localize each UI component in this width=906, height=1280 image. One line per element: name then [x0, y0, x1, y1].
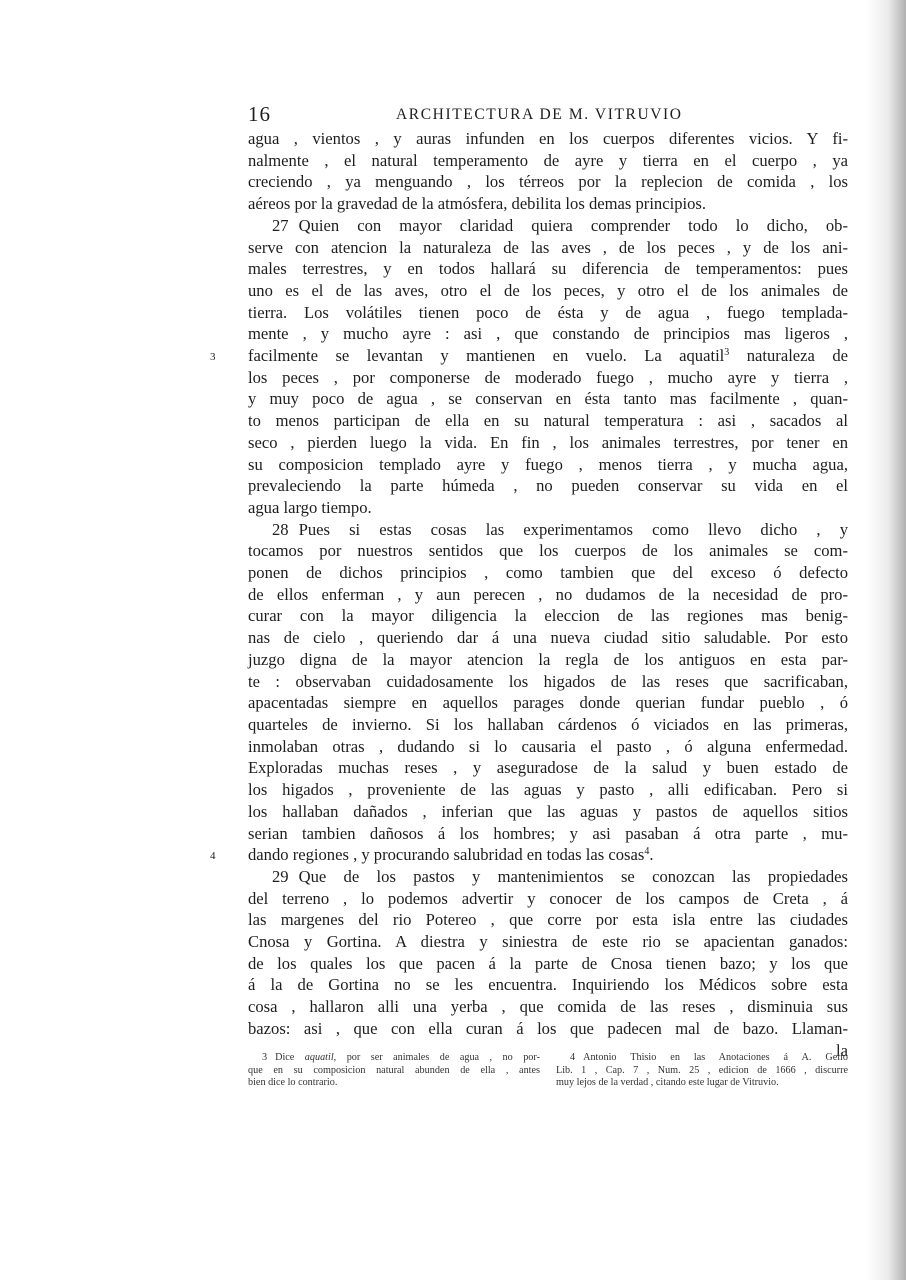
text-line: las margenes del rio Potereo , que corre… — [248, 909, 848, 931]
margin-note-marker: 4 — [210, 846, 216, 868]
running-head: 16 ARCHITECTURA DE M. VITRUVIO — [248, 102, 848, 128]
footnote-line: 3Dice aquatil, por ser animales de agua … — [248, 1052, 540, 1065]
line-text: Cnosa y Gortina. A diestra y siniestra d… — [248, 932, 848, 951]
book-page: 16 ARCHITECTURA DE M. VITRUVIO agua , vi… — [248, 102, 848, 1061]
text-line: apacentadas siempre en aquellos parages … — [248, 692, 848, 714]
text-line: Exploradas muchas reses , y aseguradose … — [248, 757, 848, 779]
page-edge-shadow — [866, 0, 906, 1280]
text-line: inmolaban otras , dudando si lo causaria… — [248, 736, 848, 758]
text-line: su composicion templado ayre y fuego , m… — [248, 454, 848, 476]
text-line: prevaleciendo la parte húmeda , no puede… — [248, 475, 848, 497]
line-text: los hallaban dañados , inferian que las … — [248, 802, 848, 821]
text-line: del terreno , lo podemos advertir y cono… — [248, 888, 848, 910]
text-line: uno es el de las aves, otro el de los pe… — [248, 280, 848, 302]
text-line: quarteles de invierno. Si los hallaban c… — [248, 714, 848, 736]
text-line: tocamos por nuestros sentidos que los cu… — [248, 540, 848, 562]
line-text: Que de los pastos y mantenimientos se co… — [299, 867, 848, 886]
text-line: mente , y mucho ayre : asi , que constan… — [248, 323, 848, 345]
text-line: creciendo , ya menguando , los térreos p… — [248, 171, 848, 193]
paragraph-start-line: 28Pues si estas cosas las experimentamos… — [248, 519, 848, 541]
line-text: serve con atencion la naturaleza de las … — [248, 238, 848, 257]
paragraph-start-line: 27Quien con mayor claridad quiera compre… — [248, 215, 848, 237]
text-line: de ellos enferman , y aun perecen , no d… — [248, 584, 848, 606]
line-text: tierra. Los volátiles tienen poco de ést… — [248, 303, 848, 322]
body-text: agua , vientos , y auras infunden en los… — [248, 128, 848, 1040]
footnote-line: que en su composicion natural abunden de… — [248, 1065, 540, 1078]
page-number: 16 — [248, 102, 271, 127]
text-line: bazos: asi , que con ella curan á los qu… — [248, 1018, 848, 1040]
footnotes: 3Dice aquatil, por ser animales de agua … — [248, 1052, 848, 1090]
text-line: te : observaban cuidadosamente los higad… — [248, 671, 848, 693]
line-text: Exploradas muchas reses , y aseguradose … — [248, 758, 848, 777]
line-text: agua , vientos , y auras infunden en los… — [248, 129, 848, 148]
text-line: nas de cielo , queriendo dar á una nueva… — [248, 627, 848, 649]
text-line: nalmente , el natural temperamento de ay… — [248, 150, 848, 172]
paragraph-number: 27 — [272, 216, 289, 235]
line-text: , por ser animales de agua , no por- — [334, 1052, 540, 1063]
line-text: facilmente se levantan y mantienen en vu… — [248, 346, 724, 365]
text-line: 4dando regiones , y procurando salubrida… — [248, 844, 848, 866]
line-text: cosa , hallaron alli una yerba , que com… — [248, 997, 848, 1016]
line-text: serian tambien dañosos á los hombres; y … — [248, 824, 848, 843]
text-line: los peces , por componerse de moderado f… — [248, 367, 848, 389]
footnote-number: 3 — [262, 1052, 267, 1063]
line-text: Antonio Thisio en las Anotaciones á A. G… — [583, 1052, 848, 1063]
line-text: del terreno , lo podemos advertir y cono… — [248, 889, 848, 908]
italic-term: aquatil — [305, 1052, 334, 1063]
text-line: curar con la mayor diligencia la eleccio… — [248, 605, 848, 627]
line-text: Pues si estas cosas las experimentamos c… — [299, 520, 848, 539]
text-line: to menos participan de ella en su natura… — [248, 410, 848, 432]
line-text: inmolaban otras , dudando si lo causaria… — [248, 737, 848, 756]
line-text: los peces , por componerse de moderado f… — [248, 368, 848, 387]
footnote-line: Lib. 1 , Cap. 7 , Num. 25 , edicion de 1… — [556, 1065, 848, 1078]
line-text: bazos: asi , que con ella curan á los qu… — [248, 1019, 848, 1038]
text-line: Cnosa y Gortina. A diestra y siniestra d… — [248, 931, 848, 953]
line-text: agua largo tiempo. — [248, 498, 372, 517]
line-text: to menos participan de ella en su natura… — [248, 411, 848, 430]
paragraph-start-line: 29Que de los pastos y mantenimientos se … — [248, 866, 848, 888]
footnote-3: 3Dice aquatil, por ser animales de agua … — [248, 1052, 540, 1090]
line-text: á la de Gortina no se les encuentra. Inq… — [248, 975, 848, 994]
line-text: los higados , proveniente de las aguas y… — [248, 780, 848, 799]
text-line: serve con atencion la naturaleza de las … — [248, 237, 848, 259]
text-line: seco , pierden luego la vida. En fin , l… — [248, 432, 848, 454]
line-text: apacentadas siempre en aquellos parages … — [248, 693, 848, 712]
line-text: de los quales los que pacen á la parte d… — [248, 954, 848, 973]
line-text: de ellos enferman , y aun perecen , no d… — [248, 585, 848, 604]
footnote-line: bien dice lo contrario. — [248, 1077, 540, 1090]
paragraph-number: 29 — [272, 867, 289, 886]
line-text: creciendo , ya menguando , los térreos p… — [248, 172, 848, 191]
line-text: dando regiones , y procurando salubridad… — [248, 845, 644, 864]
line-text: muy lejos de la verdad , citando este lu… — [556, 1077, 779, 1088]
line-text: Lib. 1 , Cap. 7 , Num. 25 , edicion de 1… — [556, 1065, 848, 1076]
text-line: ponen de dichos principios , como tambie… — [248, 562, 848, 584]
text-line: 3facilmente se levantan y mantienen en v… — [248, 345, 848, 367]
line-text: tocamos por nuestros sentidos que los cu… — [248, 541, 848, 560]
text-line: á la de Gortina no se les encuentra. Inq… — [248, 974, 848, 996]
footnote-4: 4Antonio Thisio en las Anotaciones á A. … — [556, 1052, 848, 1090]
text-line: los higados , proveniente de las aguas y… — [248, 779, 848, 801]
text-line: serian tambien dañosos á los hombres; y … — [248, 823, 848, 845]
line-text: prevaleciendo la parte húmeda , no puede… — [248, 476, 848, 495]
line-text: . — [649, 845, 653, 864]
line-text: naturaleza de — [729, 346, 848, 365]
line-text: quarteles de invierno. Si los hallaban c… — [248, 715, 848, 734]
line-text: uno es el de las aves, otro el de los pe… — [248, 281, 848, 300]
text-line: de los quales los que pacen á la parte d… — [248, 953, 848, 975]
line-text: Quien con mayor claridad quiera comprend… — [299, 216, 848, 235]
line-text: juzgo digna de la mayor atencion la regl… — [248, 650, 848, 669]
margin-note-marker: 3 — [210, 347, 216, 369]
text-line: los hallaban dañados , inferian que las … — [248, 801, 848, 823]
text-line: cosa , hallaron alli una yerba , que com… — [248, 996, 848, 1018]
line-text: curar con la mayor diligencia la eleccio… — [248, 606, 848, 625]
text-line: agua , vientos , y auras infunden en los… — [248, 128, 848, 150]
paragraph-number: 28 — [272, 520, 289, 539]
line-text: seco , pierden luego la vida. En fin , l… — [248, 433, 848, 452]
footnote-number: 4 — [570, 1052, 575, 1063]
line-text: Dice — [275, 1052, 305, 1063]
line-text: te : observaban cuidadosamente los higad… — [248, 672, 848, 691]
line-text: nalmente , el natural temperamento de ay… — [248, 151, 848, 170]
line-text: su composicion templado ayre y fuego , m… — [248, 455, 848, 474]
text-line: tierra. Los volátiles tienen poco de ést… — [248, 302, 848, 324]
text-line: agua largo tiempo. — [248, 497, 848, 519]
footnote-line: muy lejos de la verdad , citando este lu… — [556, 1077, 848, 1090]
text-line: aéreos por la gravedad de la atmósfera, … — [248, 193, 848, 215]
line-text: aéreos por la gravedad de la atmósfera, … — [248, 194, 706, 213]
running-head-title: ARCHITECTURA DE M. VITRUVIO — [396, 106, 683, 124]
line-text: las margenes del rio Potereo , que corre… — [248, 910, 848, 929]
line-text: ponen de dichos principios , como tambie… — [248, 563, 848, 582]
line-text: nas de cielo , queriendo dar á una nueva… — [248, 628, 848, 647]
line-text: mente , y mucho ayre : asi , que constan… — [248, 324, 848, 343]
text-line: males terrestres, y en todos hallará su … — [248, 258, 848, 280]
line-text: y muy poco de agua , se conservan en ést… — [248, 389, 848, 408]
line-text: males terrestres, y en todos hallará su … — [248, 259, 848, 278]
line-text: bien dice lo contrario. — [248, 1077, 337, 1088]
footnote-line: 4Antonio Thisio en las Anotaciones á A. … — [556, 1052, 848, 1065]
text-line: y muy poco de agua , se conservan en ést… — [248, 388, 848, 410]
line-text: que en su composicion natural abunden de… — [248, 1065, 540, 1076]
text-line: juzgo digna de la mayor atencion la regl… — [248, 649, 848, 671]
